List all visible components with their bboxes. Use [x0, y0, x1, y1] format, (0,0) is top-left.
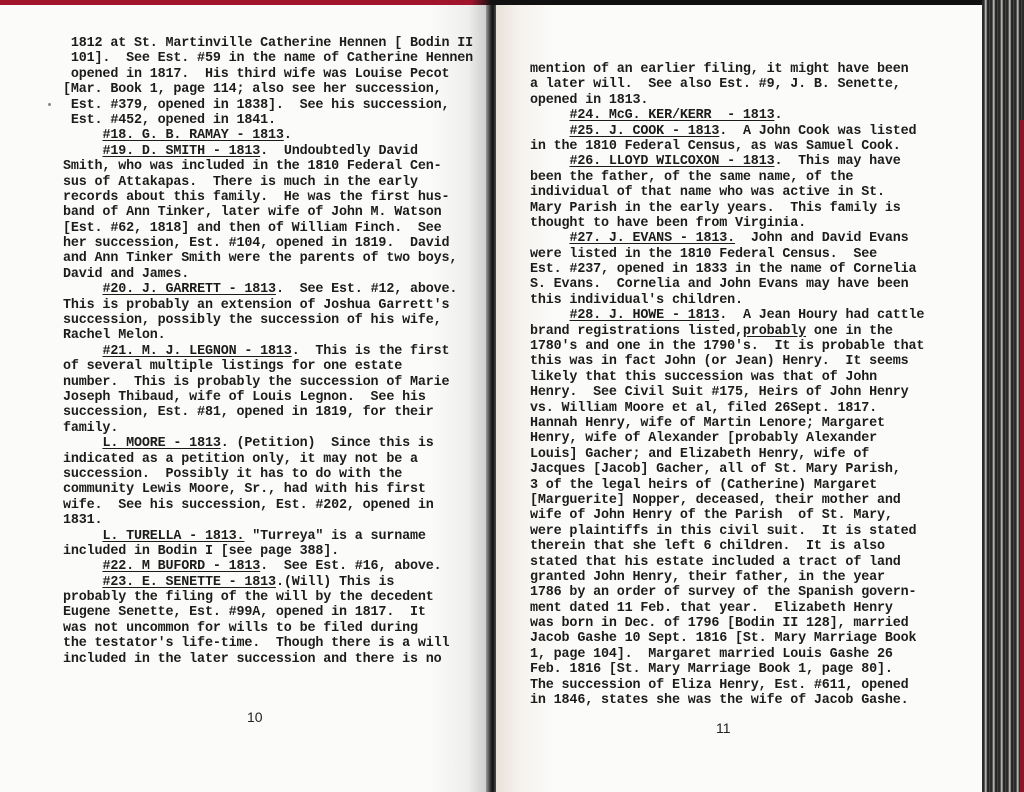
page-number-right: 11: [716, 720, 731, 736]
text-line: number. This is probably the succession …: [63, 375, 473, 390]
left-page: 1812 at St. Martinville Catherine Hennen…: [0, 5, 488, 792]
entry-heading: #24. McG. KER/KERR - 1813: [569, 108, 774, 123]
text-line: Smith, who was included in the 1810 Fede…: [63, 159, 473, 174]
entry-heading: #20. J. GARRETT - 1813: [102, 282, 276, 297]
text-line: #18. G. B. RAMAY - 1813.: [63, 128, 473, 143]
text-line: thought to have been from Virginia.: [530, 216, 924, 231]
entry-heading: #19. D. SMITH - 1813: [102, 144, 260, 159]
text-line: Jacques [Jacob] Gacher, all of St. Mary …: [530, 462, 924, 477]
text-line: #20. J. GARRETT - 1813. See Est. #12, ab…: [63, 282, 473, 297]
text-line: opened in 1813.: [530, 93, 924, 108]
right-page: mention of an earlier filing, it might h…: [496, 5, 982, 792]
text-line: #26. LLOYD WILCOXON - 1813. This may hav…: [530, 154, 924, 169]
entry-heading: #22. M BUFORD - 1813: [102, 559, 260, 574]
text-line: probably the filing of the will by the d…: [63, 590, 473, 605]
text-line: David and James.: [63, 267, 473, 282]
text-line: this individual's children.: [530, 293, 924, 308]
page-edges: [982, 0, 1024, 792]
text-line: #23. E. SENETTE - 1813.(Will) This is: [63, 575, 473, 590]
text-line: #24. McG. KER/KERR - 1813.: [530, 108, 924, 123]
text-line: succession, Est. #81, opened in 1819, fo…: [63, 405, 473, 420]
text-line: 101]. See Est. #59 in the name of Cather…: [63, 51, 473, 66]
text-line: in 1846, states she was the wife of Jaco…: [530, 693, 924, 708]
text-line: included in Bodin I [see page 388].: [63, 544, 473, 559]
entry-heading: probably: [743, 324, 806, 339]
text-line: granted John Henry, their father, in the…: [530, 570, 924, 585]
text-line: 1812 at St. Martinville Catherine Hennen…: [63, 36, 473, 51]
text-line: in the 1810 Federal Census, as was Samue…: [530, 139, 924, 154]
entry-heading: #18. G. B. RAMAY - 1813: [102, 128, 283, 143]
entry-heading: #25. J. COOK - 1813: [569, 124, 719, 139]
text-line: opened in 1817. His third wife was Louis…: [63, 67, 473, 82]
text-line: Hannah Henry, wife of Martin Lenore; Mar…: [530, 416, 924, 431]
text-line: 3 of the legal heirs of (Catherine) Marg…: [530, 478, 924, 493]
text-line: Est. #379, opened in 1838]. See his succ…: [63, 98, 473, 113]
text-line: Jacob Gashe 10 Sept. 1816 [St. Mary Marr…: [530, 631, 924, 646]
text-line: Est. #452, opened in 1841.: [63, 113, 473, 128]
text-line: L. MOORE - 1813. (Petition) Since this i…: [63, 436, 473, 451]
text-line: was born in Dec. of 1796 [Bodin II 128],…: [530, 616, 924, 631]
text-line: Henry. See Civil Suit #175, Heirs of Joh…: [530, 385, 924, 400]
text-line: wife. See his succession, Est. #202, ope…: [63, 498, 473, 513]
text-line: records about this family. He was the fi…: [63, 190, 473, 205]
text-line: [Mar. Book 1, page 114; also see her suc…: [63, 82, 473, 97]
text-line: brand registrations listed,probably one …: [530, 324, 924, 339]
text-line: were plaintiffs in this civil suit. It i…: [530, 524, 924, 539]
entry-heading: #27. J. EVANS - 1813.: [569, 231, 735, 246]
text-line: 1, page 104]. Margaret married Louis Gas…: [530, 647, 924, 662]
left-page-body: 1812 at St. Martinville Catherine Hennen…: [63, 36, 473, 667]
text-line: [Est. #62, 1818] and then of William Fin…: [63, 221, 473, 236]
text-line: 1780's and one in the 1790's. It is prob…: [530, 339, 924, 354]
paper-speck: [48, 103, 51, 106]
text-line: 1786 by an order of survey of the Spanis…: [530, 585, 924, 600]
text-line: the testator's life-time. Though there i…: [63, 636, 473, 651]
text-line: Henry, wife of Alexander [probably Alexa…: [530, 431, 924, 446]
text-line: Eugene Senette, Est. #99A, opened in 181…: [63, 605, 473, 620]
text-line: vs. William Moore et al, filed 26Sept. 1…: [530, 401, 924, 416]
text-line: family.: [63, 421, 473, 436]
text-line: stated that his estate included a tract …: [530, 555, 924, 570]
text-line: individual of that name who was active i…: [530, 185, 924, 200]
page-number-left: 10: [247, 709, 263, 725]
entry-heading: L. MOORE - 1813: [102, 436, 220, 451]
text-line: therein that she left 6 children. It is …: [530, 539, 924, 554]
text-line: #19. D. SMITH - 1813. Undoubtedly David: [63, 144, 473, 159]
text-line: succession. Possibly it has to do with t…: [63, 467, 473, 482]
text-line: Feb. 1816 [St. Mary Marriage Book 1, pag…: [530, 662, 924, 677]
entry-heading: #23. E. SENETTE - 1813: [102, 575, 276, 590]
text-line: This is probably an extension of Joshua …: [63, 298, 473, 313]
text-line: a later will. See also Est. #9, J. B. Se…: [530, 77, 924, 92]
text-line: of several multiple listings for one est…: [63, 359, 473, 374]
text-line: #28. J. HOWE - 1813. A Jean Houry had ca…: [530, 308, 924, 323]
text-line: was not uncommon for wills to be filed d…: [63, 621, 473, 636]
text-line: mention of an earlier filing, it might h…: [530, 62, 924, 77]
text-line: [Marguerite] Nopper, deceased, their mot…: [530, 493, 924, 508]
entry-heading: #26. LLOYD WILCOXON - 1813: [569, 154, 774, 169]
text-line: and Ann Tinker Smith were the parents of…: [63, 251, 473, 266]
text-line: were listed in the 1810 Federal Census. …: [530, 247, 924, 262]
entry-heading: L. TURELLA - 1813.: [102, 529, 244, 544]
text-line: L. TURELLA - 1813. "Turreya" is a surnam…: [63, 529, 473, 544]
text-line: #27. J. EVANS - 1813. John and David Eva…: [530, 231, 924, 246]
text-line: succession, possibly the succession of h…: [63, 313, 473, 328]
text-line: #22. M BUFORD - 1813. See Est. #16, abov…: [63, 559, 473, 574]
text-line: been the father, of the same name, of th…: [530, 170, 924, 185]
text-line: wife of John Henry of the Parish of St. …: [530, 508, 924, 523]
text-line: this was in fact John (or Jean) Henry. I…: [530, 354, 924, 369]
text-line: included in the later succession and the…: [63, 652, 473, 667]
entry-heading: #28. J. HOWE - 1813: [569, 308, 719, 323]
entry-heading: #21. M. J. LEGNON - 1813: [102, 344, 291, 359]
text-line: Mary Parish in the early years. This fam…: [530, 201, 924, 216]
text-line: her succession, Est. #104, opened in 181…: [63, 236, 473, 251]
text-line: sus of Attakapas. There is much in the e…: [63, 175, 473, 190]
text-line: S. Evans. Cornelia and John Evans may ha…: [530, 277, 924, 292]
text-line: 1831.: [63, 513, 473, 528]
text-line: Est. #237, opened in 1833 in the name of…: [530, 262, 924, 277]
right-page-body: mention of an earlier filing, it might h…: [530, 62, 924, 708]
text-line: Rachel Melon.: [63, 328, 473, 343]
text-line: community Lewis Moore, Sr., had with his…: [63, 482, 473, 497]
text-line: indicated as a petition only, it may not…: [63, 452, 473, 467]
text-line: likely that this succession was that of …: [530, 370, 924, 385]
text-line: Louis] Gacher; and Elizabeth Henry, wife…: [530, 447, 924, 462]
text-line: #21. M. J. LEGNON - 1813. This is the fi…: [63, 344, 473, 359]
text-line: The succession of Eliza Henry, Est. #611…: [530, 678, 924, 693]
text-line: band of Ann Tinker, later wife of John M…: [63, 205, 473, 220]
text-line: Joseph Thibaud, wife of Louis Legnon. Se…: [63, 390, 473, 405]
text-line: ment dated 11 Feb. that year. Elizabeth …: [530, 601, 924, 616]
text-line: #25. J. COOK - 1813. A John Cook was lis…: [530, 124, 924, 139]
